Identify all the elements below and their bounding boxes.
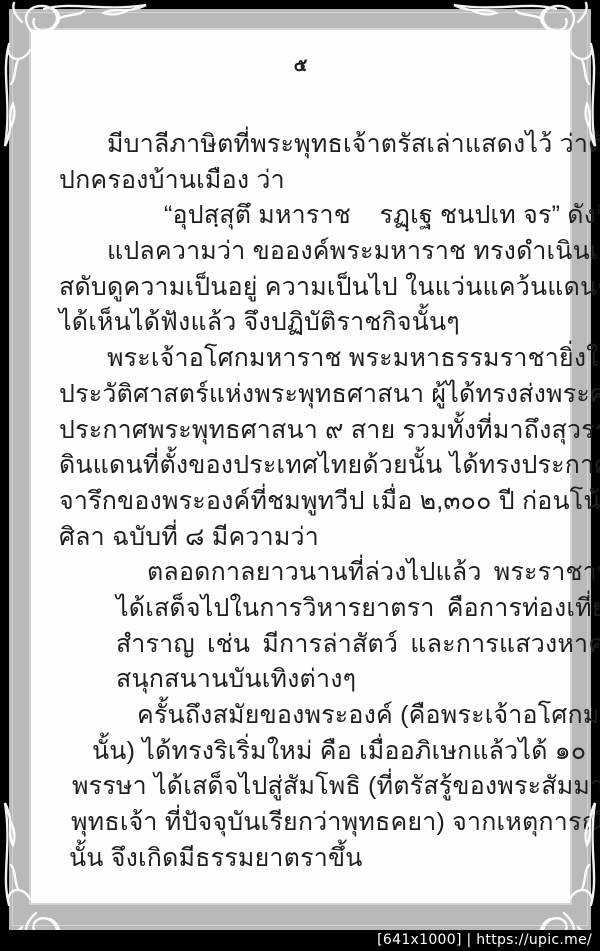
text-line-pali-quote: “อุปสฺสุตึ มหาราช รฏฺเฐ ชนปเท จร” ดังนี้…	[164, 198, 540, 234]
scanned-book-page: { "page": { "number": "๕" }, "content": …	[0, 0, 600, 951]
watermark-text: [641x1000] | https://upic.me/	[377, 930, 592, 951]
text-line: นั้น จึงเกิดมีธรรมยาตราขึ้น	[69, 841, 540, 877]
watermark-bar: [641x1000] | https://upic.me/	[0, 930, 600, 951]
text-line: ประวัติศาสตร์แห่งพระพุทธศาสนา ผู้ได้ทรงส…	[59, 377, 540, 413]
text-line: ได้เห็นได้ฟังแล้ว จึงปฏิบัติราชกิจนั้นๆ	[59, 305, 540, 341]
text-line: ประกาศพระพุทธศาสนา ๙ สาย รวมทั้งที่มาถึง…	[59, 413, 540, 449]
text-line-blockquote: สนุกสนานบันเทิงต่างๆ	[116, 662, 540, 698]
text-line: ดินแดนที่ตั้งของประเทศไทยด้วยนั้น ได้ทรง…	[59, 448, 540, 484]
text-line: ปกครองบ้านเมือง ว่า	[59, 163, 540, 199]
text-line: ครั้นถึงสมัยของพระองค์ (คือพระเจ้าอโศกมห…	[137, 698, 540, 734]
text-line: พรรษา ได้เสด็จไปสู่สัมโพธิ (ที่ตรัสรู้ขอ…	[72, 769, 540, 805]
text-line: สดับดูความเป็นอยู่ ความเป็นไป ในแว่นแคว้…	[59, 270, 540, 306]
text-line: ศิลา ฉบับที่ ๘ มีความว่า	[59, 520, 540, 556]
text-line: นั้น) ได้ทรงริเริ่มใหม่ คือ เมื่ออภิเษกแ…	[92, 734, 540, 770]
page-surface: ๕ มีบาลีภาษิตที่พระพุทธเจ้าตรัสเล่าแสดงไ…	[31, 30, 570, 903]
text-line-blockquote: ได้เสด็จไปในการวิหารยาตรา คือการท่องเที่…	[116, 591, 540, 627]
text-line: พุทธเจ้า ที่ปัจจุบันเรียกว่าพุทธคยา) จาก…	[71, 805, 540, 841]
text-line: มีบาลีภาษิตที่พระพุทธเจ้าตรัสเล่าแสดงไว้…	[107, 127, 540, 163]
text-line: จารึกของพระองค์ที่ชมพูทวีป เมื่อ ๒,๓๐๐ ป…	[59, 484, 540, 520]
text-line-blockquote: ตลอดกาลยาวนานที่ล่วงไปแล้ว พระราชาทั้งหล…	[147, 555, 540, 591]
page-text: มีบาลีภาษิตที่พระพุทธเจ้าตรัสเล่าแสดงไว้…	[31, 127, 570, 876]
text-line-blockquote: สำราญ เช่น มีการล่าสัตว์ และการแสวงหาควา…	[116, 627, 540, 663]
text-line: แปลความว่า ขอองค์พระมหาราช ทรงดำเนินเสด็…	[107, 234, 540, 270]
text-line: พระเจ้าอโศกมหาราช พระมหาธรรมราชายิ่งใหญ่…	[107, 341, 540, 377]
page-number: ๕	[31, 52, 570, 78]
